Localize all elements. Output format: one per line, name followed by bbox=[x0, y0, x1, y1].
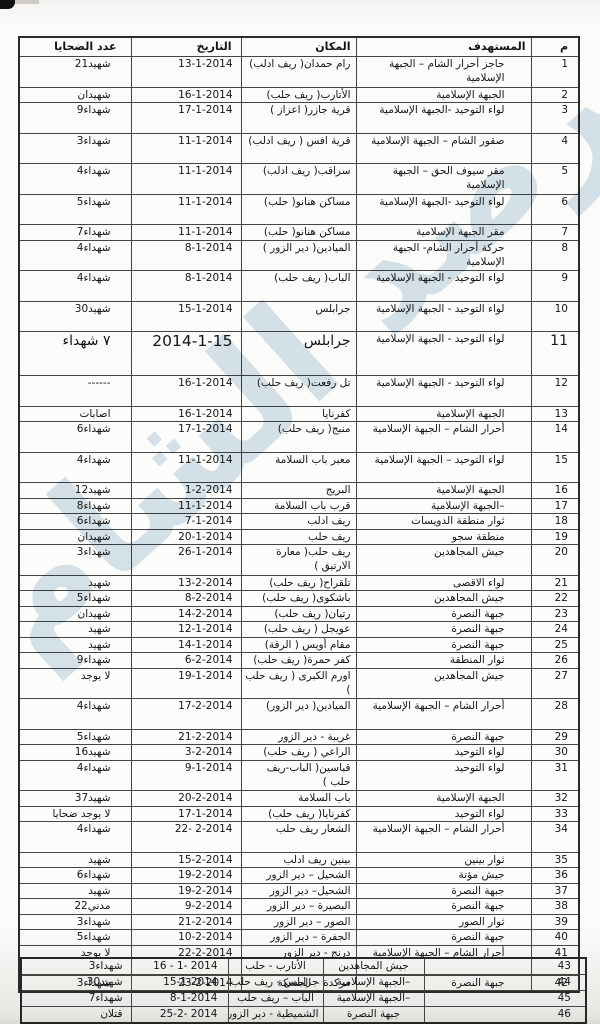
cell-num: 25 bbox=[531, 637, 579, 653]
cell-date: 11-1-2014 bbox=[131, 164, 241, 195]
table-row: 30لواء التوحيدالراعي ( ريف حلب)3-2-20141… bbox=[19, 745, 579, 761]
cell-victims: 4شهداء bbox=[19, 271, 131, 302]
cell-num: 38 bbox=[531, 899, 579, 915]
cell-date: 20-1-2014 bbox=[131, 529, 241, 545]
cell-num: 46 bbox=[424, 1007, 586, 1024]
cell-target: جبهة النصرة bbox=[356, 606, 531, 622]
table-row: 38جبهة النصرةالبصيرة – دير الزور9-2-2014… bbox=[19, 899, 579, 915]
table-row: 40جبهة النصرةالجفرة – دير الزور10-2-2014… bbox=[19, 930, 579, 946]
cell-date: 15-2-2014 bbox=[131, 852, 241, 868]
cell-place: كفر حمرة( ريف حلب) bbox=[241, 653, 356, 669]
cell-place: الميادين( دير الزور ) bbox=[241, 240, 356, 271]
cell-target: أحرار الشام – الجبهة الإسلامية bbox=[356, 699, 531, 730]
cell-date: 19-2-2014 bbox=[131, 883, 241, 899]
cell-date: 13-1-2014 bbox=[131, 57, 241, 88]
cell-target: جبهة النصرة bbox=[356, 637, 531, 653]
cell-victims: شهيدان bbox=[19, 87, 131, 103]
table-row: 12لواء التوحيد - الجبهة الإسلاميةتل رفعت… bbox=[19, 376, 579, 407]
cell-place: عويجل ( ريف حلب) bbox=[241, 622, 356, 638]
cell-date: 2014-1-15 bbox=[131, 332, 241, 376]
cell-target: –الجبهة الإسلامية bbox=[356, 498, 531, 514]
cell-target: حاجز أحرار الشام – الجبهة الإسلامية bbox=[356, 57, 531, 88]
cell-place: مقام أويس ( الرقة) bbox=[241, 637, 356, 653]
cell-date: 6-2-2014 bbox=[131, 653, 241, 669]
cell-victims: 4شهداء bbox=[19, 164, 131, 195]
cell-target: الجبهة الإسلامية bbox=[356, 483, 531, 499]
cell-target: لواء التوحيد bbox=[356, 760, 531, 791]
cell-place: مساكن هنانو( حلب) bbox=[241, 225, 356, 241]
cell-date: 17-2-2014 bbox=[131, 699, 241, 730]
cell-date: 17-1-2014 bbox=[131, 806, 241, 822]
cell-date: 21-2-2014 bbox=[131, 914, 241, 930]
cell-target: جيش المجاهدين bbox=[356, 668, 531, 699]
table-row: 16الجبهة الإسلاميةالبريج1-2-201412شهيد bbox=[19, 483, 579, 499]
table-row: 8حركة أحرار الشام- الجبهة الإسلاميةالميا… bbox=[19, 240, 579, 271]
table-row: 25جبهة النصرةمقام أويس ( الرقة)14-1-2014… bbox=[19, 637, 579, 653]
cell-place: غريبة - دير الزور bbox=[241, 729, 356, 745]
cell-place: مساكن هنانو( حلب) bbox=[241, 194, 356, 225]
cell-victims: 5شهداء bbox=[19, 194, 131, 225]
cell-place: الراعي ( ريف حلب) bbox=[241, 745, 356, 761]
cell-date: 14-1-2014 bbox=[131, 637, 241, 653]
cell-victims: 9شهداء bbox=[19, 653, 131, 669]
cell-target: مقر سيوف الحق – الجبهة الإسلامية bbox=[356, 164, 531, 195]
cell-target: لواء الاقصى bbox=[356, 575, 531, 591]
cell-victims: قتلان bbox=[21, 1007, 131, 1024]
cell-num: 35 bbox=[531, 852, 579, 868]
cell-place: رام حمدان( ريف ادلب) bbox=[241, 57, 356, 88]
cell-date: 15-1-2014 bbox=[131, 975, 228, 991]
cell-num: 45 bbox=[424, 991, 586, 1007]
cell-num: 12 bbox=[531, 376, 579, 407]
cell-date: 19-2-2014 bbox=[131, 868, 241, 884]
cell-place: قرية جازر( اعزاز ) bbox=[241, 103, 356, 134]
table-row: 37جبهة النصرةالشحيل– دير الزور19-2-2014ش… bbox=[19, 883, 579, 899]
cell-victims: 6شهداء bbox=[19, 422, 131, 453]
cell-num: 33 bbox=[531, 806, 579, 822]
table-row: 10لواء التوحيد - الجبهة الإسلاميةجرابلس1… bbox=[19, 301, 579, 332]
cell-place: قباسين( الباب-ريف حلب ) bbox=[241, 760, 356, 791]
table-row: 28أحرار الشام – الجبهة الإسلاميةالميادين… bbox=[19, 699, 579, 730]
cell-victims: 8شهداء bbox=[19, 498, 131, 514]
cell-date: 9-2-2014 bbox=[131, 899, 241, 915]
cell-place: الصور – دير الزور bbox=[241, 914, 356, 930]
cell-target: لواء التوحيد - الجبهة الإسلامية bbox=[356, 271, 531, 302]
cell-place: الشميطية - دير الزور bbox=[228, 1007, 323, 1024]
table-row: 45–الجبهة الإسلاميةالباب – ريف حلب8-1-20… bbox=[21, 991, 586, 1007]
cell-num: 10 bbox=[531, 301, 579, 332]
cell-victims: 7شهداء bbox=[21, 991, 131, 1007]
cell-num: 8 bbox=[531, 240, 579, 271]
cell-num: 26 bbox=[531, 653, 579, 669]
cell-place: ريف ادلب bbox=[241, 514, 356, 530]
cell-place: منبج( ريف حلب) bbox=[241, 422, 356, 453]
table-row: 33لواء التوحيدكفرنايا( ريف حلب)17-1-2014… bbox=[19, 806, 579, 822]
cell-victims: 7شهداء bbox=[19, 225, 131, 241]
cell-num: 31 bbox=[531, 760, 579, 791]
cell-target: لواء التوحيد - الجبهة الإسلامية bbox=[356, 376, 531, 407]
cell-date: 8-1-2014 bbox=[131, 271, 241, 302]
table-row: 26ثوار المنطقةكفر حمرة( ريف حلب)6-2-2014… bbox=[19, 653, 579, 669]
cell-place: كفرنايا bbox=[241, 406, 356, 422]
cell-date: 21-2-2014 bbox=[131, 729, 241, 745]
table-row: 39ثوار الصورالصور – دير الزور21-2-20143ش… bbox=[19, 914, 579, 930]
cell-place: جرابلس - ريف حلب bbox=[228, 975, 323, 991]
cell-target: أحرار الشام – الجبهة الإسلامية bbox=[356, 422, 531, 453]
table-row: 23جبهة النصرةرتيان( ريف حلب)14-2-2014شهي… bbox=[19, 606, 579, 622]
table-row: 36جيش مؤتةالشحيل – دير الزور19-2-20146شه… bbox=[19, 868, 579, 884]
cell-target: جبهة النصرة bbox=[356, 883, 531, 899]
table-row: 29جبهة النصرةغريبة - دير الزور21-2-20145… bbox=[19, 729, 579, 745]
cell-place: الميادين( دير الزور) bbox=[241, 699, 356, 730]
cell-victims: ------ bbox=[19, 376, 131, 407]
cell-victims: 9شهداء bbox=[19, 103, 131, 134]
cell-target: لواء التوحيد - الجبهة الإسلامية bbox=[356, 301, 531, 332]
table-row: 6لواء التوحيد -الجبهة الإسلاميةمساكن هنا… bbox=[19, 194, 579, 225]
cell-target: جبهة النصرة bbox=[356, 930, 531, 946]
table-row: 22جيش المجاهدينباشكوى( ريف حلب)8-2-20145… bbox=[19, 591, 579, 607]
cell-num: 18 bbox=[531, 514, 579, 530]
cell-target: لواء التوحيد bbox=[356, 806, 531, 822]
cell-victims: اصابات bbox=[19, 406, 131, 422]
cell-target: لواء التوحيد -الجبهة الإسلامية bbox=[356, 194, 531, 225]
cell-num: 16 bbox=[531, 483, 579, 499]
cell-num: 14 bbox=[531, 422, 579, 453]
cell-place: باشكوى( ريف حلب) bbox=[241, 591, 356, 607]
cell-place: البريج bbox=[241, 483, 356, 499]
cell-victims: 30شهيد bbox=[21, 975, 131, 991]
table-row: 2الجبهة الإسلاميةالأتارب( ريف حلب)16-1-2… bbox=[19, 87, 579, 103]
table-row: 24جبهة النصرةعويجل ( ريف حلب)12-1-2014شه… bbox=[19, 622, 579, 638]
table-row: 19منطقة سجوريف حلب20-1-2014شهيدان bbox=[19, 529, 579, 545]
cell-date: 3-2-2014 bbox=[131, 745, 241, 761]
cell-target: جبهة النصرة bbox=[356, 622, 531, 638]
cell-num: 3 bbox=[531, 103, 579, 134]
cell-victims: شهيد bbox=[19, 852, 131, 868]
cell-place: الشحيل – دير الزور bbox=[241, 868, 356, 884]
cell-target: مقر الجبهة الإسلامية bbox=[356, 225, 531, 241]
cell-victims: 5شهداء bbox=[19, 591, 131, 607]
cell-victims: شهيدان bbox=[19, 606, 131, 622]
cell-victims: 5شهداء bbox=[19, 930, 131, 946]
cell-place: رتيان( ريف حلب) bbox=[241, 606, 356, 622]
cell-victims: 5شهداء bbox=[19, 729, 131, 745]
table-row: 44–الجبهة الإسلاميةجرابلس - ريف حلب15-1-… bbox=[21, 975, 586, 991]
cell-place: الشعار ريف حلب bbox=[241, 822, 356, 853]
cell-date: 25-2- 2014 bbox=[131, 1007, 228, 1024]
cell-date: 15-1-2014 bbox=[131, 301, 241, 332]
cell-target: لواء التوحيد -الجبهة الإسلامية bbox=[356, 103, 531, 134]
casualties-table-main: م المستهدف المكان التاريخ عدد الضحايا 1ح… bbox=[18, 36, 580, 993]
cell-victims: 37شهيد bbox=[19, 791, 131, 807]
cell-place: الشحيل– دير الزور bbox=[241, 883, 356, 899]
cell-place: سراقب( ريف ادلب) bbox=[241, 164, 356, 195]
cell-num: 37 bbox=[531, 883, 579, 899]
table-row: 7مقر الجبهة الإسلاميةمساكن هنانو( حلب)11… bbox=[19, 225, 579, 241]
header-row: م المستهدف المكان التاريخ عدد الضحايا bbox=[19, 37, 579, 57]
cell-date: 17-1-2014 bbox=[131, 422, 241, 453]
cell-date: 11-1-2014 bbox=[131, 225, 241, 241]
cell-date: 20-2-2014 bbox=[131, 791, 241, 807]
cell-place: اورم الكبرى ( ريف حلب ) bbox=[241, 668, 356, 699]
cell-target: منطقة سجو bbox=[356, 529, 531, 545]
cell-place: الأتارب( ريف حلب) bbox=[241, 87, 356, 103]
cell-date: 13-2-2014 bbox=[131, 575, 241, 591]
cell-place: الباب – ريف حلب bbox=[228, 991, 323, 1007]
cell-victims: 30شهيد bbox=[19, 301, 131, 332]
cell-victims: 12شهيد bbox=[19, 483, 131, 499]
cell-victims: 21شهيد bbox=[19, 57, 131, 88]
table-row: 35ثوار بينينبينين ريف ادلب15-2-2014شهيد bbox=[19, 852, 579, 868]
cell-target: جيش مؤتة bbox=[356, 868, 531, 884]
cell-victims: ٧ شهداء bbox=[19, 332, 131, 376]
cell-date: 8-1-2014 bbox=[131, 991, 228, 1007]
cell-date: 1-2-2014 bbox=[131, 483, 241, 499]
cell-num: 36 bbox=[531, 868, 579, 884]
cell-victims: 4شهداء bbox=[19, 822, 131, 853]
cell-victims: لا يوجد bbox=[19, 668, 131, 699]
cell-place: الأتارب - حلب bbox=[228, 958, 323, 975]
cell-num: 23 bbox=[531, 606, 579, 622]
cell-num: 11 bbox=[531, 332, 579, 376]
cell-place: جرابلس bbox=[241, 301, 356, 332]
cell-target: ثوار بينين bbox=[356, 852, 531, 868]
table-row: 5مقر سيوف الحق – الجبهة الإسلاميةسراقب( … bbox=[19, 164, 579, 195]
table-row: 46جبهة النصرةالشميطية - دير الزور25-2- 2… bbox=[21, 1007, 586, 1024]
cell-victims: 4شهداء bbox=[19, 452, 131, 483]
cell-victims: 3شهداء bbox=[19, 545, 131, 576]
cell-place: ريف حلب( معارة الارتيق ) bbox=[241, 545, 356, 576]
cell-place: البصيرة – دير الزور bbox=[241, 899, 356, 915]
cell-target: جيش المجاهدين bbox=[356, 591, 531, 607]
table-row: 27جيش المجاهديناورم الكبرى ( ريف حلب )19… bbox=[19, 668, 579, 699]
cell-num: 39 bbox=[531, 914, 579, 930]
table-row: 1حاجز أحرار الشام – الجبهة الإسلاميةرام … bbox=[19, 57, 579, 88]
cell-date: 22- 2-2014 bbox=[131, 822, 241, 853]
table-row: 18ثوار منطقة الدويساتريف ادلب7-1-20146شه… bbox=[19, 514, 579, 530]
cell-num: 19 bbox=[531, 529, 579, 545]
cell-target: الجبهة الإسلامية bbox=[356, 791, 531, 807]
table-row: 15لواء التوحيد – الجبهة الإسلاميةمعبر با… bbox=[19, 452, 579, 483]
table-row: 32الجبهة الإسلاميةباب السلامة20-2-201437… bbox=[19, 791, 579, 807]
casualties-table-appendix: 43جيش المجاهدينالأتارب - حلب16 - 1- 2014… bbox=[20, 957, 587, 1024]
cell-date: 7-1-2014 bbox=[131, 514, 241, 530]
cell-date: 16-1-2014 bbox=[131, 87, 241, 103]
cell-num: 24 bbox=[531, 622, 579, 638]
table-row: 3لواء التوحيد -الجبهة الإسلاميةقرية جازر… bbox=[19, 103, 579, 134]
cell-place: الجفرة – دير الزور bbox=[241, 930, 356, 946]
cell-target: –الجبهة الإسلامية bbox=[323, 991, 424, 1007]
table-row: 21لواء الاقصىتلقراح( ريف حلب)13-2-2014شه… bbox=[19, 575, 579, 591]
cell-target: الجبهة الإسلامية bbox=[356, 87, 531, 103]
cell-date: 17-1-2014 bbox=[131, 103, 241, 134]
cell-num: 28 bbox=[531, 699, 579, 730]
cell-num: 2 bbox=[531, 87, 579, 103]
cell-victims: 3شهداء bbox=[19, 914, 131, 930]
table-row: 20جيش المجاهدينريف حلب( معارة الارتيق )2… bbox=[19, 545, 579, 576]
col-header-victims: عدد الضحايا bbox=[19, 37, 131, 57]
cell-date: 11-1-2014 bbox=[131, 194, 241, 225]
cell-target: لواء التوحيد - الجبهة الإسلامية bbox=[356, 332, 531, 376]
cell-target: جبهة النصرة bbox=[356, 729, 531, 745]
table-row: 4صقور الشام – الجبهة الإسلاميةقرية افس (… bbox=[19, 133, 579, 164]
cell-place: باب السلامة bbox=[241, 791, 356, 807]
cell-num: 30 bbox=[531, 745, 579, 761]
cell-num: 1 bbox=[531, 57, 579, 88]
cell-victims: 16شهيد bbox=[19, 745, 131, 761]
cell-target: لواء التوحيد bbox=[356, 745, 531, 761]
cell-target: جيش المجاهدين bbox=[323, 958, 424, 975]
cell-num: 13 bbox=[531, 406, 579, 422]
cell-num: 21 bbox=[531, 575, 579, 591]
col-header-target: المستهدف bbox=[356, 37, 531, 57]
cell-victims: 22مدني bbox=[19, 899, 131, 915]
cell-victims: شهيد bbox=[19, 637, 131, 653]
cell-victims: 3شهداء bbox=[21, 958, 131, 975]
cell-place: كفرنايا( ريف حلب) bbox=[241, 806, 356, 822]
col-header-place: المكان bbox=[241, 37, 356, 57]
cell-victims: شهيد bbox=[19, 622, 131, 638]
cell-place: معبر باب السلامة bbox=[241, 452, 356, 483]
cell-num: 22 bbox=[531, 591, 579, 607]
table-row: 43جيش المجاهدينالأتارب - حلب16 - 1- 2014… bbox=[21, 958, 586, 975]
cell-victims: 3شهداء bbox=[19, 133, 131, 164]
cell-victims: 4شهداء bbox=[19, 240, 131, 271]
cell-target: جيش المجاهدين bbox=[356, 545, 531, 576]
cell-victims: شهيد bbox=[19, 883, 131, 899]
cell-date: 16-1-2014 bbox=[131, 376, 241, 407]
cell-num: 5 bbox=[531, 164, 579, 195]
table-row: 34أحرار الشام – الجبهة الإسلاميةالشعار ر… bbox=[19, 822, 579, 853]
cell-date: 9-1-2014 bbox=[131, 760, 241, 791]
cell-date: 10-2-2014 bbox=[131, 930, 241, 946]
cell-place: بينين ريف ادلب bbox=[241, 852, 356, 868]
cell-victims: 4شهداء bbox=[19, 699, 131, 730]
cell-num: 17 bbox=[531, 498, 579, 514]
cell-victims: 6شهداء bbox=[19, 868, 131, 884]
cell-num: 34 bbox=[531, 822, 579, 853]
cell-target: جبهة النصرة bbox=[356, 899, 531, 915]
cell-num: 20 bbox=[531, 545, 579, 576]
cell-target: حركة أحرار الشام- الجبهة الإسلامية bbox=[356, 240, 531, 271]
cell-date: 11-1-2014 bbox=[131, 133, 241, 164]
cell-place: تل رفعت( ريف حلب) bbox=[241, 376, 356, 407]
cell-target: ثوار منطقة الدويسات bbox=[356, 514, 531, 530]
cell-num: 44 bbox=[424, 975, 586, 991]
cell-date: 26-1-2014 bbox=[131, 545, 241, 576]
cell-num: 9 bbox=[531, 271, 579, 302]
cell-target: صقور الشام – الجبهة الإسلامية bbox=[356, 133, 531, 164]
cell-target: لواء التوحيد – الجبهة الإسلامية bbox=[356, 452, 531, 483]
cell-victims: 4شهداء bbox=[19, 760, 131, 791]
table-row: 13الجبهة الإسلاميةكفرنايا16-1-2014اصابات bbox=[19, 406, 579, 422]
cell-date: 11-1-2014 bbox=[131, 452, 241, 483]
cell-place: جرابلس bbox=[241, 332, 356, 376]
cell-victims: لا يوجد ضحايا bbox=[19, 806, 131, 822]
cell-num: 40 bbox=[531, 930, 579, 946]
cell-num: 43 bbox=[424, 958, 586, 975]
cell-target: ثوار الصور bbox=[356, 914, 531, 930]
cell-date: 8-1-2014 bbox=[131, 240, 241, 271]
cell-num: 29 bbox=[531, 729, 579, 745]
table-row: 9لواء التوحيد - الجبهة الإسلاميةالباب( ر… bbox=[19, 271, 579, 302]
cell-place: قرية افس ( ريف ادلب) bbox=[241, 133, 356, 164]
cell-target: جبهة النصرة bbox=[323, 1007, 424, 1024]
cell-place: الباب( ريف حلب) bbox=[241, 271, 356, 302]
cell-place: قرب باب السلامة bbox=[241, 498, 356, 514]
cell-date: 8-2-2014 bbox=[131, 591, 241, 607]
cell-date: 16-1-2014 bbox=[131, 406, 241, 422]
cell-num: 27 bbox=[531, 668, 579, 699]
cell-num: 32 bbox=[531, 791, 579, 807]
cell-num: 7 bbox=[531, 225, 579, 241]
table-row: 14أحرار الشام – الجبهة الإسلاميةمنبج( ري… bbox=[19, 422, 579, 453]
table-row: 31لواء التوحيدقباسين( الباب-ريف حلب )9-1… bbox=[19, 760, 579, 791]
cell-target: ثوار المنطقة bbox=[356, 653, 531, 669]
cell-victims: 6شهداء bbox=[19, 514, 131, 530]
cell-date: 14-2-2014 bbox=[131, 606, 241, 622]
cell-victims: شهيدان bbox=[19, 529, 131, 545]
cell-num: 15 bbox=[531, 452, 579, 483]
cell-target: أحرار الشام – الجبهة الإسلامية bbox=[356, 822, 531, 853]
cell-target: الجبهة الإسلامية bbox=[356, 406, 531, 422]
cell-date: 16 - 1- 2014 bbox=[131, 958, 228, 975]
cell-date: 11-1-2014 bbox=[131, 498, 241, 514]
page-corner-mark bbox=[0, 0, 15, 9]
cell-num: 6 bbox=[531, 194, 579, 225]
cell-victims: شهيد bbox=[19, 575, 131, 591]
document-page: م المستهدف المكان التاريخ عدد الضحايا 1ح… bbox=[0, 0, 600, 1024]
cell-date: 19-1-2014 bbox=[131, 668, 241, 699]
col-header-date: التاريخ bbox=[131, 37, 241, 57]
cell-date: 12-1-2014 bbox=[131, 622, 241, 638]
cell-place: ريف حلب bbox=[241, 529, 356, 545]
table-row: 11لواء التوحيد - الجبهة الإسلاميةجرابلس2… bbox=[19, 332, 579, 376]
cell-target: –الجبهة الإسلامية bbox=[323, 975, 424, 991]
col-header-num: م bbox=[531, 37, 579, 57]
cell-num: 4 bbox=[531, 133, 579, 164]
cell-place: تلقراح( ريف حلب) bbox=[241, 575, 356, 591]
table-row: 17–الجبهة الإسلاميةقرب باب السلامة11-1-2… bbox=[19, 498, 579, 514]
